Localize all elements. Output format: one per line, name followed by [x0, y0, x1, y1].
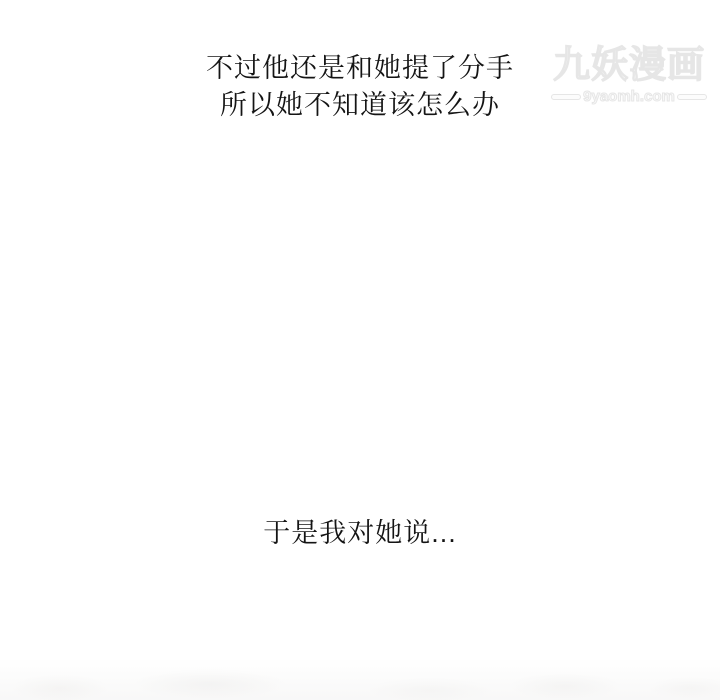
watermark-url-row: 9yaomh.com — [546, 88, 712, 106]
watermark-dash-left — [551, 94, 581, 100]
watermark-dash-right — [677, 94, 707, 100]
narration-text: 于是我对她说... — [0, 515, 720, 552]
site-watermark: 九妖漫画 9yaomh.com — [546, 44, 712, 106]
watermark-site-name: 九妖漫画 — [546, 44, 712, 86]
comic-page: 不过他还是和她提了分手 所以她不知道该怎么办 九妖漫画 9yaomh.com 于… — [0, 0, 720, 700]
watermark-site-url: 9yaomh.com — [581, 88, 677, 106]
next-panel-fade — [0, 658, 720, 700]
